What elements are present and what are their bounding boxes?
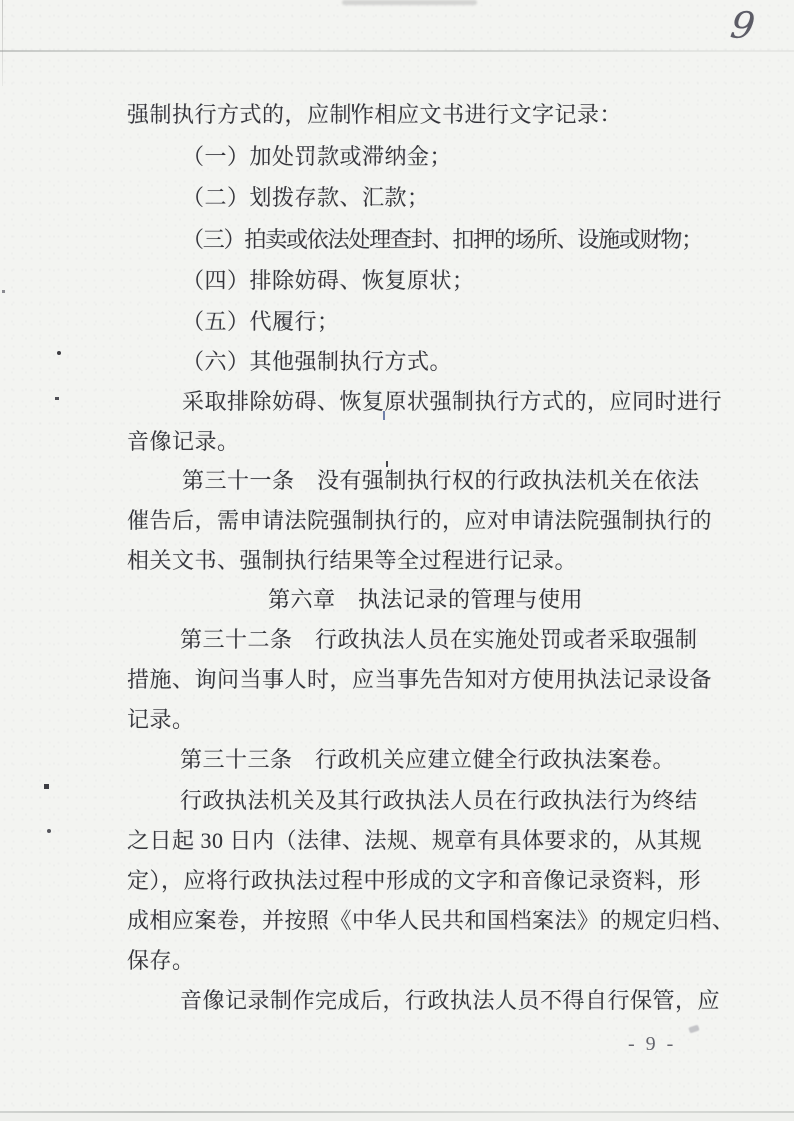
article-33-line: 第三十三条 行政机关应建立健全行政执法案卷。 bbox=[180, 746, 675, 774]
text-line: 相关文书、强制执行结果等全过程进行记录。 bbox=[127, 547, 577, 575]
text-line: 采取排除妨碍、恢复原状强制执行方式的，应同时进行 bbox=[182, 388, 722, 416]
text-line: 措施、询问当事人时，应当事先告知对方使用执法记录设备 bbox=[127, 666, 712, 694]
handwritten-page-number: 9 bbox=[728, 3, 757, 47]
article-31-line: 第三十一条 没有强制执行权的行政执法机关在依法 bbox=[182, 467, 700, 495]
scan-edge-strip bbox=[0, 1113, 794, 1121]
ink-speck bbox=[55, 397, 59, 400]
text-line: 定），应将行政执法过程中形成的文字和音像记录资料，形 bbox=[127, 867, 701, 895]
page-number: - 9 - bbox=[628, 1033, 676, 1056]
ink-speck bbox=[688, 1025, 699, 1034]
list-item: （二）划拨存款、汇款； bbox=[182, 184, 430, 212]
scan-artifact-line-left bbox=[2, 0, 3, 86]
text-line: 音像记录制作完成后，行政执法人员不得自行保管，应 bbox=[180, 987, 720, 1015]
text-line: 记录。 bbox=[127, 706, 195, 734]
list-item: （六）其他强制执行方式。 bbox=[182, 348, 452, 376]
text-line: 之日起 30 日内（法律、法规、规章有具体要求的，从其规 bbox=[127, 827, 702, 855]
scan-artifact-line-top bbox=[0, 50, 794, 52]
ink-speck bbox=[2, 290, 5, 293]
scan-artifact-line-bottom bbox=[0, 1111, 794, 1113]
text-line: 成相应案卷，并按照《中华人民共和国档案法》的规定归档、 bbox=[127, 907, 735, 935]
text-line: 催告后，需申请法院强制执行的，应对申请法院强制执行的 bbox=[127, 507, 712, 535]
text-line: 音像记录。 bbox=[127, 428, 240, 456]
chapter-heading: 第六章 执法记录的管理与使用 bbox=[268, 586, 583, 614]
ink-speck bbox=[57, 351, 61, 355]
scan-smudge bbox=[342, 0, 477, 5]
scanned-document: { "page": { "handwritten_number": "9", "… bbox=[0, 0, 794, 1121]
text-line: 行政执法机关及其行政执法人员在行政执法行为终结 bbox=[180, 787, 698, 815]
list-item: （五）代履行； bbox=[182, 308, 340, 336]
ink-speck bbox=[44, 784, 49, 789]
list-item: （一）加处罚款或滞纳金； bbox=[182, 143, 452, 171]
list-item: （三）拍卖或依法处理查封、扣押的场所、设施或财物； bbox=[182, 226, 702, 254]
ink-speck bbox=[47, 829, 51, 833]
article-32-line: 第三十二条 行政执法人员在实施处罚或者采取强制 bbox=[180, 626, 698, 654]
text-line: 保存。 bbox=[127, 947, 195, 975]
list-item: （四）排除妨碍、恢复原状； bbox=[182, 267, 475, 295]
text-line: 强制执行方式的，应制作相应文书进行文字记录： bbox=[127, 101, 622, 129]
